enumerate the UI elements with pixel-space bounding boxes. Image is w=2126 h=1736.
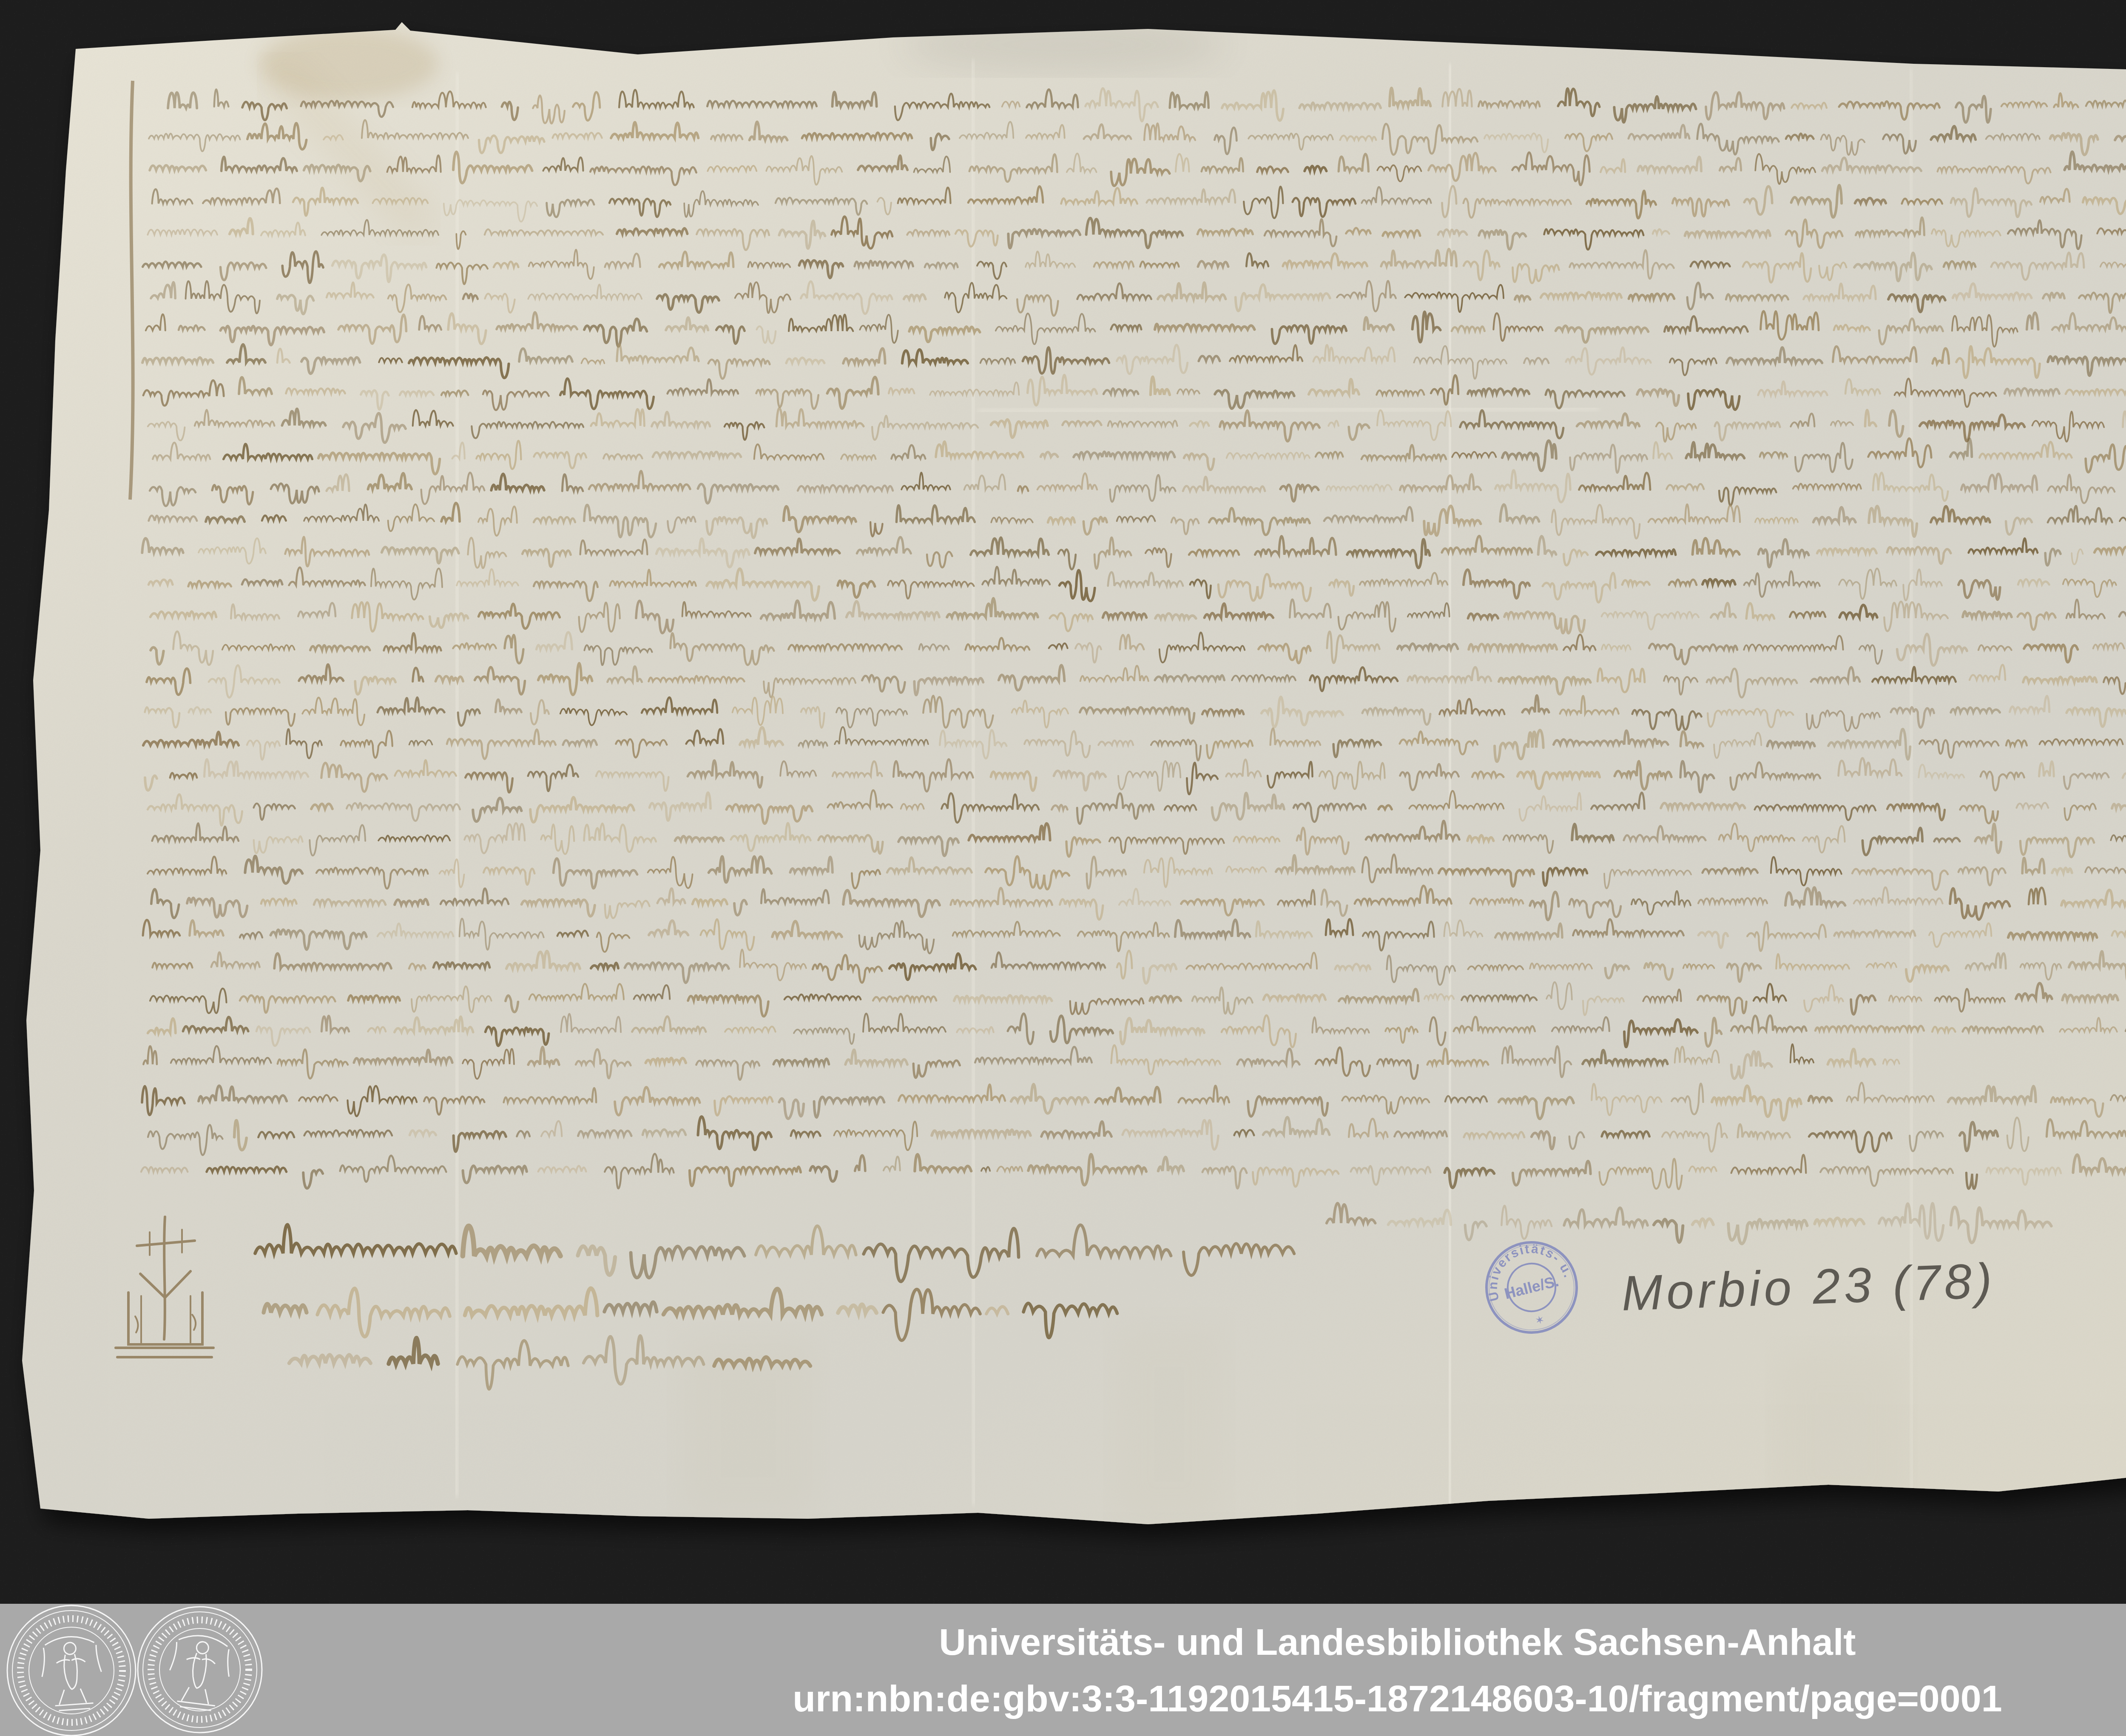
footer-bar: Universitäts- und Landesbibliothek Sachs… — [0, 1604, 2126, 1736]
fold-crease — [1449, 64, 1451, 1512]
library-name: Universitäts- und Landesbibliothek Sachs… — [0, 1623, 2126, 1661]
footer-text-block: Universitäts- und Landesbibliothek Sachs… — [0, 1604, 2126, 1717]
scan-photograph: Universitäts- u. Landesbibliothek Halle/… — [0, 0, 2126, 1736]
fold-crease — [972, 60, 975, 1505]
urn-identifier: urn:nbn:de:gbv:3:3-1192015415-1872148603… — [0, 1680, 2126, 1717]
fold-crease — [456, 72, 458, 1497]
digitized-manuscript-page: Universitäts- u. Landesbibliothek Halle/… — [0, 0, 2126, 1736]
fiber-streak — [680, 1339, 816, 1518]
fiber-streak — [1114, 1327, 1225, 1522]
